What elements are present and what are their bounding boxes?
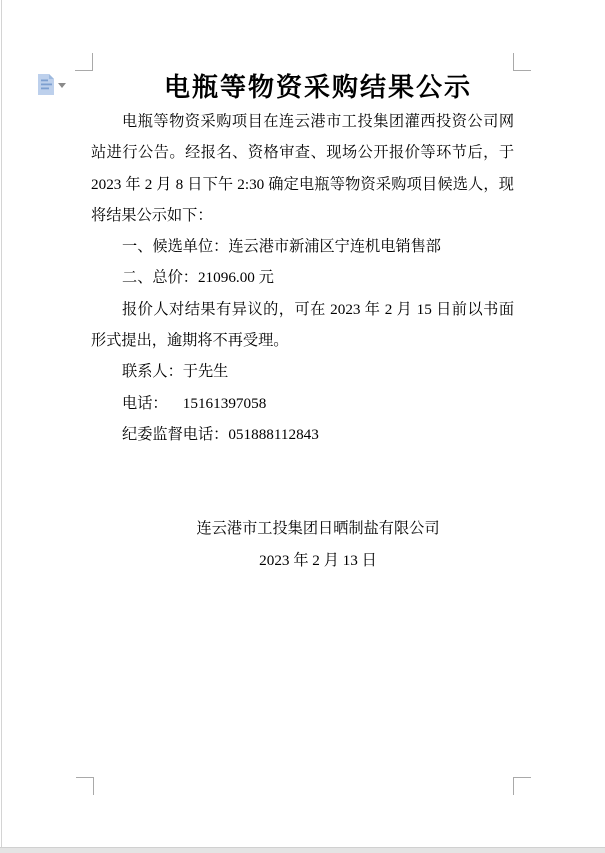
chevron-down-icon[interactable]	[58, 83, 66, 88]
document-body: 电瓶等物资采购结果公示 电瓶等物资采购项目在连云港市工投集团灌西投资公司网站进行…	[91, 70, 514, 576]
paste-options-button[interactable]	[37, 73, 71, 97]
signature-company: 连云港市工投集团日晒制盐有限公司	[91, 513, 514, 544]
paragraph-objection-notice: 报价人对结果有异议的，可在 2023 年 2 月 15 日前以书面形式提出，逾期…	[91, 294, 514, 357]
margin-crop-mark-bottom-left	[76, 777, 94, 795]
document-title: 电瓶等物资采购结果公示	[91, 70, 514, 106]
paragraph-total-price: 二、总价：21096.00 元	[91, 262, 514, 293]
word-page-view: { "document": { "title": "电瓶等物资采购结果公示", …	[0, 0, 605, 853]
paragraph-contact-person: 联系人：于先生	[91, 356, 514, 387]
page-left-edge	[1, 0, 2, 847]
paste-options-icon	[38, 74, 55, 96]
paragraph-discipline-phone: 纪委监督电话：051888112843	[91, 419, 514, 450]
signature-date: 2023 年 2 月 13 日	[91, 545, 514, 576]
paragraph-announcement-intro: 电瓶等物资采购项目在连云港市工投集团灌西投资公司网站进行公告。经报名、资格审查、…	[91, 106, 514, 231]
paragraph-phone: 电话： 15161397058	[91, 388, 514, 419]
margin-crop-mark-top-right	[513, 53, 531, 71]
signature-block: 连云港市工投集团日晒制盐有限公司 2023 年 2 月 13 日	[91, 513, 514, 576]
desk-background-strip	[0, 847, 605, 853]
margin-crop-mark-top-left	[75, 53, 93, 71]
paragraph-candidate-unit: 一、候选单位：连云港市新浦区宁连机电销售部	[91, 231, 514, 262]
margin-crop-mark-bottom-right	[513, 777, 531, 795]
